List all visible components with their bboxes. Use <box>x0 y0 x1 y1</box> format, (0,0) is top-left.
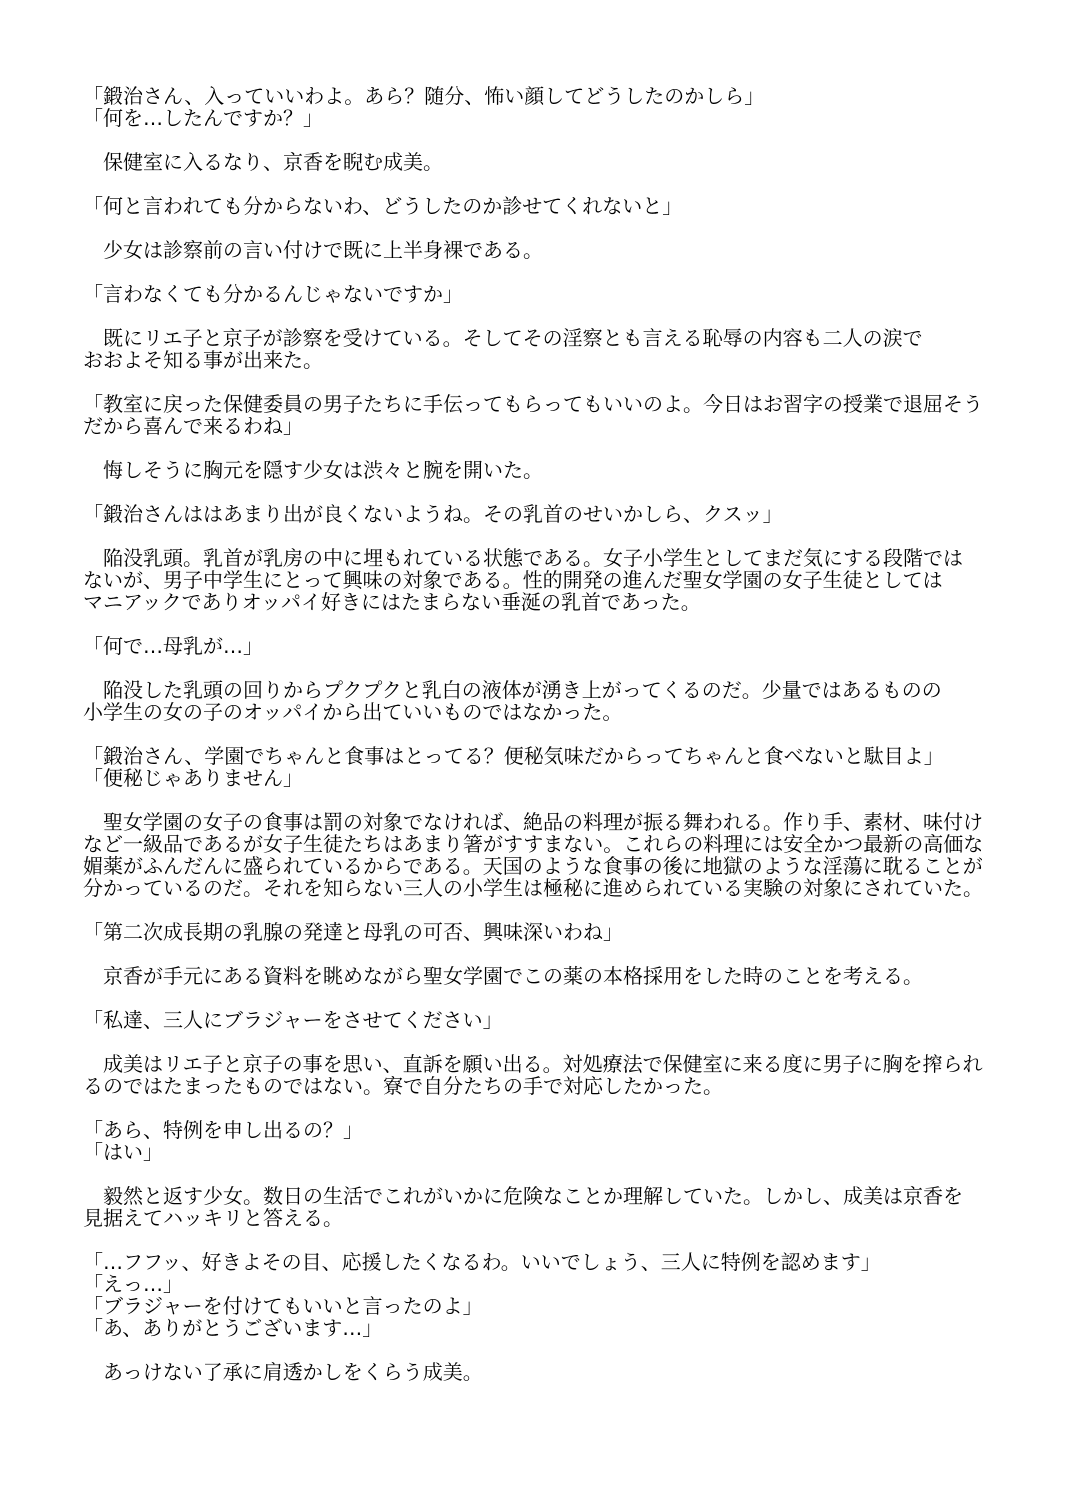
blank-line <box>83 613 1013 635</box>
text-line: 分かっているのだ。それを知らない三人の小学生は極秘に進められている実験の対象にさ… <box>83 877 1013 899</box>
text-line: 「鍛治さん、学園でちゃんと食事はとってる？便秘気味だからってちゃんと食べないと駄… <box>83 745 1013 767</box>
text-line: 京香が手元にある資料を眺めながら聖女学園でこの薬の本格採用をした時のことを考える… <box>83 965 1013 987</box>
text-line: 「…フフッ、好きよその目、応援したくなるわ。いいでしょう、三人に特例を認めます」 <box>83 1251 1013 1273</box>
text-line: 「言わなくても分かるんじゃないですか」 <box>83 283 1013 305</box>
blank-line <box>83 1163 1013 1185</box>
blank-line <box>83 305 1013 327</box>
text-line: 保健室に入るなり、京香を睨む成美。 <box>83 151 1013 173</box>
text-line: 悔しそうに胸元を隠す少女は渋々と腕を開いた。 <box>83 459 1013 481</box>
blank-line <box>83 525 1013 547</box>
text-line: 陥没乳頭。乳首が乳房の中に埋もれている状態である。女子小学生としてまだ気にする段… <box>83 547 1013 569</box>
blank-line <box>83 943 1013 965</box>
text-line: 「何を…したんですか？」 <box>83 107 1013 129</box>
document-page: 「鍛治さん、入っていいわよ。あら？随分、怖い顔してどうしたのかしら」「何を…した… <box>0 0 1072 1500</box>
text-line: 「第二次成長期の乳腺の発達と母乳の可否、興味深いわね」 <box>83 921 1013 943</box>
blank-line <box>83 987 1013 1009</box>
text-line: 聖女学園の女子の食事は罰の対象でなければ、絶品の料理が振る舞われる。作り手、素材… <box>83 811 1013 833</box>
blank-line <box>83 899 1013 921</box>
text-line: 少女は診察前の言い付けで既に上半身裸である。 <box>83 239 1013 261</box>
text-line: 小学生の女の子のオッパイから出ていいものではなかった。 <box>83 701 1013 723</box>
text-line: 「はい」 <box>83 1141 1013 1163</box>
blank-line <box>83 217 1013 239</box>
text-line: 「何と言われても分からないわ、どうしたのか診せてくれないと」 <box>83 195 1013 217</box>
text-line: 成美はリエ子と京子の事を思い、直訴を願い出る。対処療法で保健室に来る度に男子に胸… <box>83 1053 1013 1075</box>
blank-line <box>83 481 1013 503</box>
text-line: あっけない了承に肩透かしをくらう成美。 <box>83 1361 1013 1383</box>
text-line: 「えっ…」 <box>83 1273 1013 1295</box>
text-line: おおよそ知る事が出来た。 <box>83 349 1013 371</box>
text-line: など一級品であるが女子生徒たちはあまり箸がすすまない。これらの料理には安全かつ最… <box>83 833 1013 855</box>
text-line: 媚薬がふんだんに盛られているからである。天国のような食事の後に地獄のような淫蕩に… <box>83 855 1013 877</box>
text-line: 「教室に戻った保健委員の男子たちに手伝ってもらってもいいのよ。今日はお習字の授業… <box>83 393 1013 415</box>
text-line: 「鍛治さんははあまり出が良くないようね。その乳首のせいかしら、クスッ」 <box>83 503 1013 525</box>
blank-line <box>83 789 1013 811</box>
text-line: 「あら、特例を申し出るの？」 <box>83 1119 1013 1141</box>
story-text-block: 「鍛治さん、入っていいわよ。あら？随分、怖い顔してどうしたのかしら」「何を…した… <box>83 85 1013 1383</box>
text-line: 「あ、ありがとうございます…」 <box>83 1317 1013 1339</box>
blank-line <box>83 723 1013 745</box>
text-line: 既にリエ子と京子が診察を受けている。そしてその淫察とも言える恥辱の内容も二人の涙… <box>83 327 1013 349</box>
text-line: 「鍛治さん、入っていいわよ。あら？随分、怖い顔してどうしたのかしら」 <box>83 85 1013 107</box>
text-line: マニアックでありオッパイ好きにはたまらない垂涎の乳首であった。 <box>83 591 1013 613</box>
text-line: 「ブラジャーを付けてもいいと言ったのよ」 <box>83 1295 1013 1317</box>
blank-line <box>83 173 1013 195</box>
blank-line <box>83 1339 1013 1361</box>
blank-line <box>83 657 1013 679</box>
text-line: だから喜んで来るわね」 <box>83 415 1013 437</box>
blank-line <box>83 129 1013 151</box>
text-line: 見据えてハッキリと答える。 <box>83 1207 1013 1229</box>
blank-line <box>83 1031 1013 1053</box>
text-line: 陥没した乳頭の回りからプクプクと乳白の液体が湧き上がってくるのだ。少量ではあるも… <box>83 679 1013 701</box>
text-line: 「便秘じゃありません」 <box>83 767 1013 789</box>
text-line: るのではたまったものではない。寮で自分たちの手で対応したかった。 <box>83 1075 1013 1097</box>
blank-line <box>83 371 1013 393</box>
text-line: 「何で…母乳が…」 <box>83 635 1013 657</box>
text-line: ないが、男子中学生にとって興味の対象である。性的開発の進んだ聖女学園の女子生徒と… <box>83 569 1013 591</box>
text-line: 「私達、三人にブラジャーをさせてください」 <box>83 1009 1013 1031</box>
blank-line <box>83 1229 1013 1251</box>
text-line: 毅然と返す少女。数日の生活でこれがいかに危険なことか理解していた。しかし、成美は… <box>83 1185 1013 1207</box>
blank-line <box>83 1097 1013 1119</box>
blank-line <box>83 437 1013 459</box>
blank-line <box>83 261 1013 283</box>
